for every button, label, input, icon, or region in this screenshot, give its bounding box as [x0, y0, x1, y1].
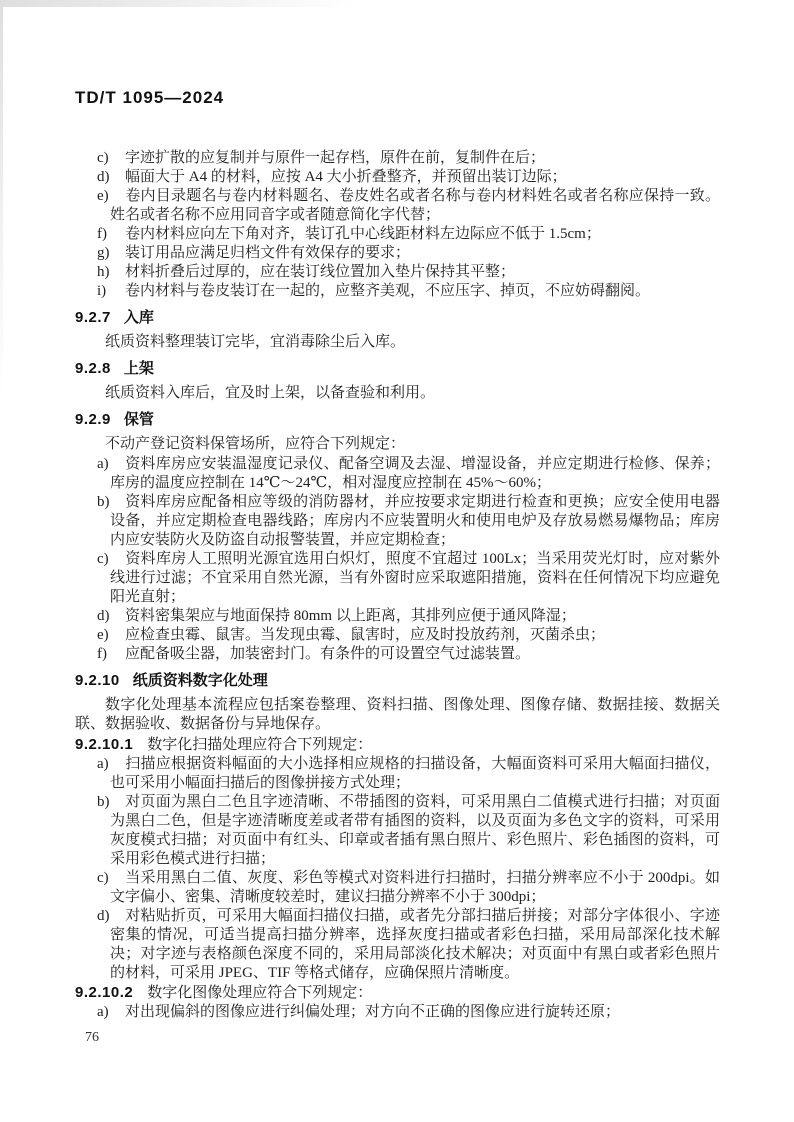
list-item: c)资料库房人工照明光源宜选用白炽灯，照度不宜超过 100Lx；当采用荧光灯时，… [75, 550, 720, 607]
clause-heading-9-2-10-2: 9.2.10.2数字化图像处理应符合下列规定： [75, 983, 720, 1003]
section-title: 纸质资料数字化处理 [133, 672, 268, 689]
item-label: c) [97, 550, 125, 569]
list-item: b)资料库房应配备相应等级的消防器材，并应按要求定期进行检查和更换；应安全使用电… [75, 493, 720, 550]
item-label: g) [97, 244, 125, 263]
item-label: d) [97, 168, 125, 187]
section-heading-9-2-8: 9.2.8上架 [75, 359, 720, 378]
section-title: 上架 [124, 360, 154, 377]
clause-title: 数字化图像处理应符合下列规定： [147, 985, 372, 1001]
item-text: 卷内材料应向左下角对齐，装订孔中心线距材料左边际应不低于 1.5cm； [125, 226, 601, 242]
list-item: d)对粘贴折页，可采用大幅面扫描仪扫描，或者先分部扫描后拼接；对部分字体很小、字… [75, 907, 720, 983]
item-text: 应检查虫霉、鼠害。当发现虫霉、鼠害时，应及时投放药剂，灭菌杀虫； [125, 627, 605, 643]
item-label: c) [97, 869, 125, 888]
item-label: a) [97, 455, 125, 474]
section-heading-9-2-10: 9.2.10纸质资料数字化处理 [75, 671, 720, 690]
item-label: i) [97, 282, 125, 301]
clause-number: 9.2.10.1 [75, 736, 133, 753]
list-item: d)资料密集架应与地面保持 80mm 以上距离，其排列应便于通风降湿； [75, 607, 720, 626]
standard-code: TD/T 1095—2024 [75, 88, 720, 107]
item-label: c) [97, 149, 125, 168]
list-item: d)幅面大于 A4 的材料，应按 A4 大小折叠整齐，并预留出装订边际； [75, 168, 720, 187]
image-processing-requirements-list: a)对出现偏斜的图像应进行纠偏处理；对方向不正确的图像应进行旋转还原； [75, 1003, 720, 1022]
binding-requirements-list: c)字迹扩散的应复制并与原件一起存档，原件在前，复制件在后； d)幅面大于 A4… [75, 149, 720, 301]
list-item: a)资料库房应安装温湿度记录仪、配备空调及去湿、增湿设备，并应定期进行检修、保养… [75, 455, 720, 493]
paragraph: 纸质资料入库后，宜及时上架，以备查验和利用。 [75, 384, 720, 403]
item-text: 装订用品应满足归档文件有效保存的要求； [125, 245, 410, 261]
list-item: a)扫描应根据资料幅面的大小选择相应规格的扫描设备，大幅面资料可采用大幅面扫描仪… [75, 755, 720, 793]
item-text: 扫描应根据资料幅面的大小选择相应规格的扫描设备，大幅面资料可采用大幅面扫描仪，也… [110, 756, 720, 791]
section-number: 9.2.7 [75, 309, 111, 326]
paragraph: 数字化处理基本流程应包括案卷整理、资料扫描、图像处理、图像存储、数据挂接、数据关… [75, 696, 720, 734]
item-text: 资料密集架应与地面保持 80mm 以上距离，其排列应便于通风降湿； [125, 608, 576, 624]
section-number: 9.2.9 [75, 411, 111, 428]
item-label: d) [97, 607, 125, 626]
item-text: 应配备吸尘器，加装密封门。有条件的可设置空气过滤装置。 [125, 646, 530, 662]
list-item: b)对页面为黑白二色且字迹清晰、不带插图的资料，可采用黑白二值模式进行扫描；对页… [75, 793, 720, 869]
list-item: e)应检查虫霉、鼠害。当发现虫霉、鼠害时，应及时投放药剂，灭菌杀虫； [75, 626, 720, 645]
item-text: 卷内材料与卷皮装订在一起的，应整齐美观，不应压字、掉页，不应妨碍翻阅。 [125, 283, 650, 299]
item-label: h) [97, 263, 125, 282]
document-page: TD/T 1095—2024 c)字迹扩散的应复制并与原件一起存档，原件在前，复… [0, 0, 794, 1122]
scan-requirements-list: a)扫描应根据资料幅面的大小选择相应规格的扫描设备，大幅面资料可采用大幅面扫描仪… [75, 755, 720, 983]
item-text: 材料折叠后过厚的，应在装订线位置加入垫片保持其平整； [125, 264, 515, 280]
item-label: e) [97, 626, 125, 645]
list-item: f)卷内材料应向左下角对齐，装订孔中心线距材料左边际应不低于 1.5cm； [75, 225, 720, 244]
list-item: i)卷内材料与卷皮装订在一起的，应整齐美观，不应压字、掉页，不应妨碍翻阅。 [75, 282, 720, 301]
section-heading-9-2-7: 9.2.7入库 [75, 308, 720, 327]
section-title: 保管 [124, 411, 154, 428]
clause-number: 9.2.10.2 [75, 984, 133, 1001]
list-item: c)当采用黑白二值、灰度、彩色等模式对资料进行扫描时，扫描分辨率应不小于 200… [75, 869, 720, 907]
list-item: f)应配备吸尘器，加装密封门。有条件的可设置空气过滤装置。 [75, 645, 720, 664]
item-text: 资料库房应安装温湿度记录仪、配备空调及去湿、增湿设备，并应定期进行检修、保养；库… [110, 456, 720, 491]
item-text: 对出现偏斜的图像应进行纠偏处理；对方向不正确的图像应进行旋转还原； [125, 1004, 620, 1020]
clause-title: 数字化扫描处理应符合下列规定： [147, 737, 372, 753]
page-number: 76 [85, 1030, 99, 1046]
item-label: b) [97, 793, 125, 812]
item-text: 资料库房应配备相应等级的消防器材，并应按要求定期进行检查和更换；应安全使用电器设… [110, 494, 720, 548]
paragraph: 纸质资料整理装订完毕，宜消毒除尘后入库。 [75, 333, 720, 352]
section-number: 9.2.10 [75, 672, 120, 689]
item-text: 对粘贴折页，可采用大幅面扫描仪扫描，或者先分部扫描后拼接；对部分字体很小、字迹密… [110, 908, 720, 981]
clause-heading-9-2-10-1: 9.2.10.1数字化扫描处理应符合下列规定： [75, 735, 720, 755]
item-label: f) [97, 225, 125, 244]
section-title: 入库 [124, 309, 154, 326]
item-text: 资料库房人工照明光源宜选用白炽灯，照度不宜超过 100Lx；当采用荧光灯时，应对… [110, 551, 720, 605]
list-item: e)卷内目录题名与卷内材料题名、卷皮姓名或者名称与卷内材料姓名或者名称应保持一致… [75, 187, 720, 225]
item-label: a) [97, 1003, 125, 1022]
item-text: 字迹扩散的应复制并与原件一起存档，原件在前，复制件在后； [125, 150, 545, 166]
list-item: c)字迹扩散的应复制并与原件一起存档，原件在前，复制件在后； [75, 149, 720, 168]
list-item: a)对出现偏斜的图像应进行纠偏处理；对方向不正确的图像应进行旋转还原； [75, 1003, 720, 1022]
item-text: 幅面大于 A4 的材料，应按 A4 大小折叠整齐，并预留出装订边际； [125, 169, 567, 185]
list-item: g)装订用品应满足归档文件有效保存的要求； [75, 244, 720, 263]
item-label: e) [97, 187, 125, 206]
item-label: a) [97, 755, 125, 774]
section-heading-9-2-9: 9.2.9保管 [75, 410, 720, 429]
item-label: d) [97, 907, 125, 926]
item-label: b) [97, 493, 125, 512]
page-content: TD/T 1095—2024 c)字迹扩散的应复制并与原件一起存档，原件在前，复… [75, 88, 720, 1022]
list-item: h)材料折叠后过厚的，应在装订线位置加入垫片保持其平整； [75, 263, 720, 282]
item-text: 当采用黑白二值、灰度、彩色等模式对资料进行扫描时，扫描分辨率应不小于 200dp… [110, 870, 720, 905]
section-number: 9.2.8 [75, 360, 111, 377]
item-text: 卷内目录题名与卷内材料题名、卷皮姓名或者名称与卷内材料姓名或者名称应保持一致。姓… [110, 188, 720, 223]
item-text: 对页面为黑白二色且字迹清晰、不带插图的资料，可采用黑白二值模式进行扫描；对页面为… [110, 794, 720, 867]
paragraph: 不动产登记资料保管场所，应符合下列规定： [75, 435, 720, 454]
item-label: f) [97, 645, 125, 664]
storage-requirements-list: a)资料库房应安装温湿度记录仪、配备空调及去湿、增湿设备，并应定期进行检修、保养… [75, 455, 720, 664]
